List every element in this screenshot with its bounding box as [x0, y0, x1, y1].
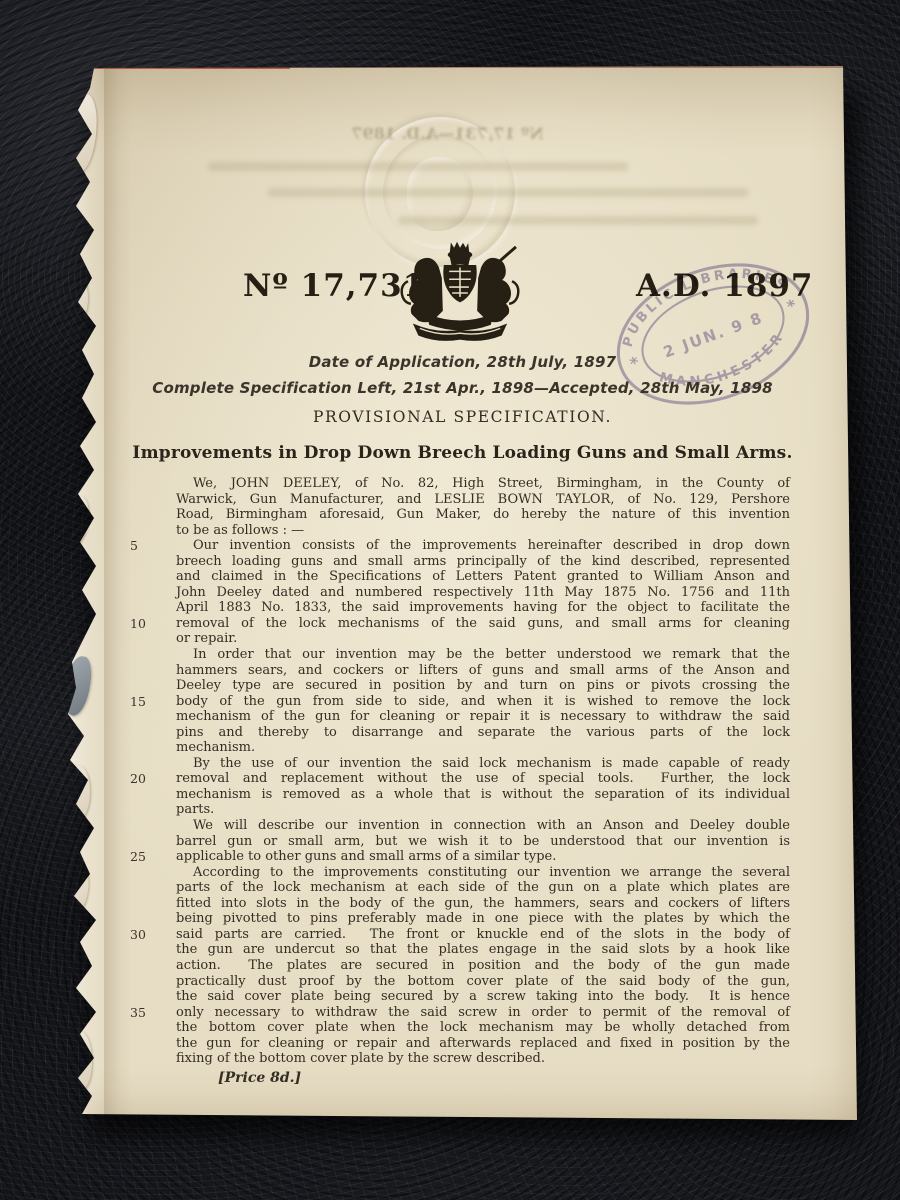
paragraph: In order that our invention may be the b… — [176, 647, 790, 756]
show-through-line — [268, 188, 748, 197]
line-text: parts of the lock mechanism at each side… — [176, 880, 790, 895]
line-text: parts. — [176, 802, 214, 817]
text-line: or repair. — [176, 631, 790, 647]
line-text: the gun for cleaning or repair and after… — [176, 1036, 790, 1051]
text-line: barrel gun or small arm, but we wish it … — [176, 834, 790, 850]
line-text: to be as follows : — — [176, 523, 304, 538]
line-text: mechanism of the gun for cleaning or rep… — [176, 709, 790, 724]
line-text: pins and thereby to disarrange and separ… — [176, 725, 790, 740]
text-line: 10removal of the lock mechanisms of the … — [176, 616, 790, 632]
line-text: In order that our invention may be the b… — [193, 647, 790, 662]
text-line: John Deeley dated and numbered respectiv… — [176, 585, 790, 601]
line-text: According to the improvements constituti… — [193, 865, 790, 880]
line-text: body of the gun from side to side, and w… — [176, 694, 790, 709]
text-line: the gun for cleaning or repair and after… — [176, 1036, 790, 1052]
line-text: and claimed in the Specifications of Let… — [176, 569, 790, 584]
text-line: 15body of the gun from side to side, and… — [176, 694, 790, 710]
text-line: By the use of our invention the said loc… — [176, 756, 790, 772]
stamp-right-star: * — [785, 295, 800, 316]
show-through-line — [208, 162, 628, 171]
text-line: 30said parts are carried. The front or k… — [176, 927, 790, 943]
margin-line-number: 20 — [130, 771, 166, 787]
line-text: John Deeley dated and numbered respectiv… — [176, 585, 790, 600]
line-text: fitted into slots in the body of the gun… — [176, 896, 790, 911]
text-line: and claimed in the Specifications of Let… — [176, 569, 790, 585]
text-line: We will describe our invention in connec… — [176, 818, 790, 834]
price-note: [Price 8d.] — [218, 1070, 301, 1086]
text-line: the said cover plate being secured by a … — [176, 989, 790, 1005]
text-line: pins and thereby to disarrange and separ… — [176, 725, 790, 741]
text-line: the bottom cover plate when the lock mec… — [176, 1020, 790, 1036]
text-line: action. The plates are secured in positi… — [176, 958, 790, 974]
text-line: 20removal and replacement without the us… — [176, 771, 790, 787]
line-text: applicable to other guns and small arms … — [176, 849, 556, 864]
line-text: only necessary to withdraw the said scre… — [176, 1005, 790, 1020]
line-text: said parts are carried. The front or knu… — [176, 927, 790, 942]
paragraph: According to the improvements constituti… — [176, 865, 790, 1067]
text-line: fixing of the bottom cover plate by the … — [176, 1051, 790, 1067]
paragraph: 5Our invention consists of the improveme… — [176, 538, 790, 647]
library-ink-stamp: PUBLIC LIBRARIES MANCHESTER 2 JUN. 9 8 *… — [593, 231, 834, 436]
text-line: parts. — [176, 802, 790, 818]
margin-line-number: 30 — [130, 927, 166, 943]
show-through-text: Nº 17,731—A.D. 1897 — [68, 124, 827, 143]
application-date-line: Date of Application, 28th July, 1897 — [128, 353, 797, 371]
margin-line-number: 10 — [130, 616, 166, 632]
text-line: breech loading guns and small arms princ… — [176, 554, 790, 570]
line-text: the gun are undercut so that the plates … — [176, 942, 790, 957]
line-text: the bottom cover plate when the lock mec… — [176, 1020, 790, 1035]
line-text: or repair. — [176, 631, 237, 646]
text-line: parts of the lock mechanism at each side… — [176, 880, 790, 896]
margin-line-number: 5 — [130, 538, 166, 554]
text-line: April 1883 No. 1833, the said improvemen… — [176, 600, 790, 616]
line-text: practically dust proof by the bottom cov… — [176, 974, 790, 989]
text-line: Deeley type are secured in position by a… — [176, 678, 790, 694]
text-line: Road, Birmingham aforesaid, Gun Maker, d… — [176, 507, 790, 523]
margin-line-number: 25 — [130, 849, 166, 865]
line-text: action. The plates are secured in positi… — [176, 958, 790, 973]
red-top-edge-stain — [90, 66, 850, 68]
text-line: 25applicable to other guns and small arm… — [176, 849, 790, 865]
text-line: In order that our invention may be the b… — [176, 647, 790, 663]
text-line: to be as follows : — — [176, 523, 790, 539]
line-text: breech loading guns and small arms princ… — [176, 554, 790, 569]
line-text: Warwick, Gun Manufacturer, and LESLIE BO… — [176, 492, 790, 507]
margin-line-number: 35 — [130, 1005, 166, 1021]
line-text: barrel gun or small arm, but we wish it … — [176, 834, 790, 849]
specification-date-line: Complete Specification Left, 21st Apr., … — [128, 379, 797, 397]
section-heading: PROVISIONAL SPECIFICATION. — [108, 408, 817, 426]
red-top-edge-stain-left — [90, 66, 290, 69]
text-line: mechanism of the gun for cleaning or rep… — [176, 709, 790, 725]
text-line: mechanism. — [176, 740, 790, 756]
paragraph: We, JOHN DEELEY, of No. 82, High Street,… — [176, 476, 790, 538]
line-text: Deeley type are secured in position by a… — [176, 678, 790, 693]
paragraph: By the use of our invention the said loc… — [176, 756, 790, 818]
line-text: We will describe our invention in connec… — [193, 818, 790, 833]
text-line: We, JOHN DEELEY, of No. 82, High Street,… — [176, 476, 790, 492]
text-line: 35only necessary to withdraw the said sc… — [176, 1005, 790, 1021]
line-text: April 1883 No. 1833, the said improvemen… — [176, 600, 790, 615]
paragraph: We will describe our invention in connec… — [176, 818, 790, 865]
torn-edge-fragment — [64, 275, 89, 322]
text-line: being pivotted to pins preferably made i… — [176, 911, 790, 927]
line-text: Our invention consists of the improvemen… — [193, 538, 790, 553]
show-through-line — [398, 216, 758, 225]
photograph-of-patent-document: { "page": { "header": { "patent_number":… — [0, 0, 900, 1200]
line-text: mechanism is removed as a whole that is … — [176, 787, 790, 802]
text-line: 5Our invention consists of the improveme… — [176, 538, 790, 554]
text-line: practically dust proof by the bottom cov… — [176, 974, 790, 990]
torn-spine-edge — [68, 66, 104, 1124]
line-text: the said cover plate being secured by a … — [176, 989, 790, 1004]
line-text: fixing of the bottom cover plate by the … — [176, 1051, 545, 1066]
margin-line-number: 15 — [130, 694, 166, 710]
line-text: hammers sears, and cockers or lifters of… — [176, 663, 790, 678]
text-line: mechanism is removed as a whole that is … — [176, 787, 790, 803]
invention-title: Improvements in Drop Down Breech Loading… — [108, 443, 817, 463]
line-text: Road, Birmingham aforesaid, Gun Maker, d… — [176, 507, 790, 522]
line-text: removal and replacement without the use … — [176, 771, 790, 786]
line-text: removal of the lock mechanisms of the sa… — [176, 616, 790, 631]
patent-document-page: Nº 17,731—A.D. 1897 Nº 17,731 A.D. 1897 — [68, 66, 857, 1124]
line-text: By the use of our invention the said loc… — [193, 756, 790, 771]
text-line: fitted into slots in the body of the gun… — [176, 896, 790, 912]
text-line: the gun are undercut so that the plates … — [176, 942, 790, 958]
line-text: We, JOHN DEELEY, of No. 82, High Street,… — [193, 476, 790, 491]
text-line: hammers sears, and cockers or lifters of… — [176, 663, 790, 679]
line-text: being pivotted to pins preferably made i… — [176, 911, 790, 926]
royal-coat-of-arms-icon — [386, 238, 534, 346]
gutter-crease — [104, 66, 132, 1124]
text-line: According to the improvements constituti… — [176, 865, 790, 881]
line-text: mechanism. — [176, 740, 255, 755]
text-line: Warwick, Gun Manufacturer, and LESLIE BO… — [176, 492, 790, 508]
specification-body: We, JOHN DEELEY, of No. 82, High Street,… — [176, 476, 790, 1067]
